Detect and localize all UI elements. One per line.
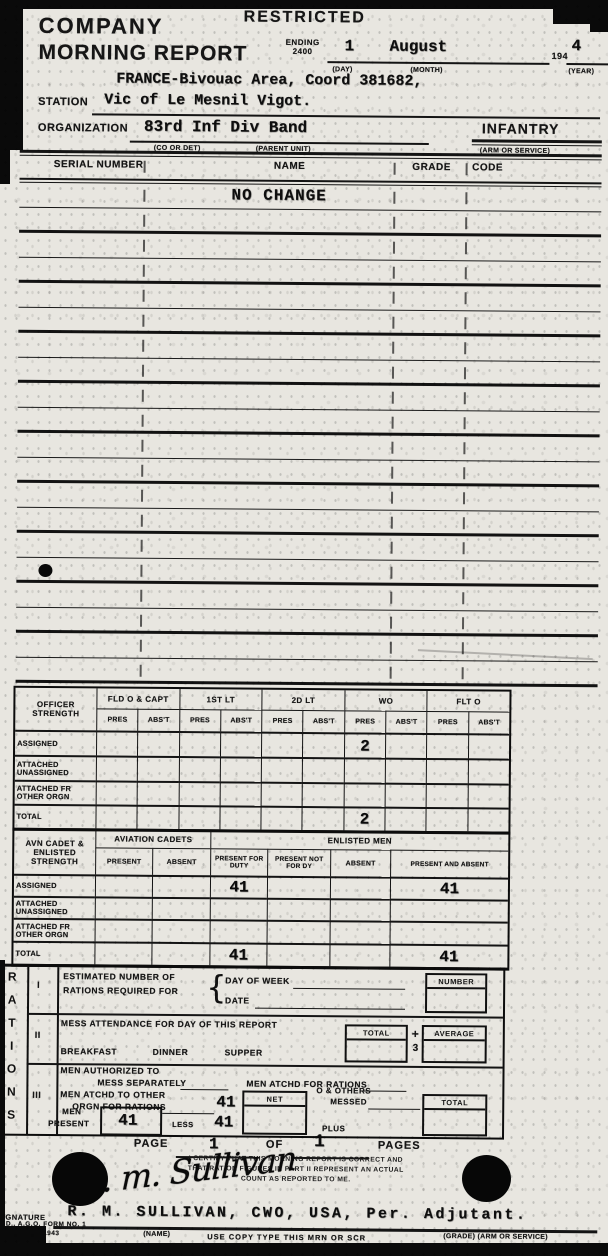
group-1st-lt: 1ST LT — [179, 689, 262, 710]
brace-glyph: { — [206, 968, 227, 1006]
assigned-present-absent-value: 41 — [390, 877, 508, 900]
column-tick — [391, 542, 393, 554]
men-present-line1: MEN — [62, 1108, 81, 1117]
col-header-name: NAME — [200, 161, 380, 173]
organization-label: ORGANIZATION — [38, 123, 128, 135]
roman-numeral-1: I — [37, 981, 40, 990]
sub-abst: ABS'T — [220, 709, 261, 731]
cell — [94, 941, 151, 964]
cell — [385, 733, 426, 758]
sub-abst: ABS'T — [137, 709, 178, 731]
scan-edge-top-right-2 — [590, 24, 608, 32]
net-box-label: NET — [244, 1093, 305, 1107]
ending-word: ENDING — [286, 38, 320, 47]
sub-pres: PRES — [427, 711, 468, 733]
cell — [220, 756, 261, 781]
divider — [56, 967, 59, 1135]
date-day-value: 1 — [345, 38, 355, 54]
average-box: AVERAGE — [422, 1025, 487, 1064]
form-title-line2: MORNING REPORT — [38, 42, 247, 66]
date-label: DATE — [225, 996, 250, 1005]
cell — [137, 781, 178, 805]
column-tick — [464, 317, 466, 329]
officer-strength-table: OFFICERSTRENGTH FLD O & CAPT 1ST LT 2D L… — [12, 686, 511, 835]
ending-label: ENDING 2400 — [285, 38, 319, 56]
column-tick — [393, 267, 395, 279]
ending-time: 2400 — [293, 47, 313, 56]
row-label-total: TOTAL — [14, 804, 95, 829]
column-tick — [464, 392, 466, 404]
bottom-note: USE COPY TYPE THIS MRN OR SCR — [207, 1233, 366, 1242]
assigned-wo-pres-value: 2 — [344, 732, 385, 757]
roster-table: SERIAL NUMBER NAME GRADE CODE NO CHANGE — [16, 150, 602, 688]
column-tick — [465, 292, 467, 304]
group-flt-o: FLT O — [427, 691, 510, 712]
station-label: STATION — [38, 97, 88, 109]
column-tick — [465, 192, 467, 204]
column-tick — [143, 290, 145, 302]
blank-line — [368, 1109, 420, 1110]
cell — [330, 920, 390, 943]
restricted-stamp-top: RESTRICTED — [230, 9, 380, 27]
column-tick — [465, 267, 467, 279]
column-tick — [394, 163, 396, 175]
column-tick — [463, 442, 465, 454]
enlisted-strength-title: AVN CADET & ENLISTED STRENGTH — [14, 830, 95, 875]
cell — [302, 782, 343, 806]
handwritten-signature: R. m. Sullivan — [78, 1138, 297, 1202]
rations-section: RATIONS I II III ESTIMATED NUMBER OF RAT… — [0, 964, 505, 1140]
col-header-serial: SERIAL NUMBER — [44, 160, 154, 171]
row-label-attached-unassigned: ATTACHED UNASSIGNED — [15, 755, 96, 781]
column-tick — [465, 242, 467, 254]
sub-pres: PRES — [261, 710, 302, 732]
less-value: 41 — [214, 1114, 233, 1130]
column-tick — [462, 567, 464, 579]
supper-label: SUPPER — [225, 1048, 263, 1057]
cell — [178, 805, 219, 829]
cell — [219, 781, 260, 805]
column-tick — [393, 292, 395, 304]
sub-abst: ABS'T — [303, 710, 344, 732]
divide-symbol: + — [412, 1028, 420, 1041]
men-present-value: 41 — [118, 1113, 137, 1129]
station-value: Vic of Le Mesnil Vigot. — [104, 92, 311, 109]
year-digit-value: 4 — [572, 38, 582, 54]
cell — [152, 919, 210, 942]
cell — [179, 731, 220, 756]
cell — [426, 783, 467, 807]
cell — [267, 920, 330, 943]
row-label-assigned: ASSIGNED — [15, 730, 96, 756]
column-tick — [392, 367, 394, 379]
total-wo-pres-value: 2 — [343, 806, 384, 830]
cell — [385, 807, 426, 831]
cell — [467, 807, 508, 831]
men-authorized-line2: MESS SEPARATELY — [97, 1078, 186, 1088]
sub-pres: PRES — [96, 708, 137, 730]
column-tick — [466, 163, 468, 175]
column-tick — [141, 465, 143, 477]
year-sublabel: (YEAR) — [568, 68, 594, 76]
divisor: 3 — [413, 1044, 419, 1055]
cell — [330, 898, 390, 920]
enlisted-strength-table: AVN CADET & ENLISTED STRENGTH AVIATION C… — [11, 828, 510, 971]
col-present-for-duty: PRESENT FOR DUTY — [210, 848, 267, 875]
cell — [178, 781, 219, 805]
column-tick — [140, 640, 142, 652]
cell — [330, 876, 390, 898]
arm-service-value: INFANTRY — [482, 121, 560, 136]
dinner-label: DINNER — [153, 1048, 189, 1057]
rations-est-line2: RATIONS REQUIRED FOR — [63, 986, 178, 996]
total-pages: 1 — [314, 1133, 325, 1151]
column-tick — [140, 665, 142, 677]
column-tick — [143, 190, 145, 202]
cell — [343, 782, 384, 806]
cell — [210, 897, 267, 919]
cell — [96, 730, 137, 755]
average-box-label: AVERAGE — [424, 1027, 485, 1041]
column-tick — [143, 265, 145, 277]
name-sublabel: (NAME) — [143, 1231, 170, 1239]
column-tick — [141, 515, 143, 527]
no-change-entry: NO CHANGE — [231, 187, 327, 204]
cell — [266, 943, 329, 966]
men-authorized-line1: MEN AUTHORIZED TO — [60, 1066, 159, 1076]
cell — [220, 731, 261, 756]
scan-edge-top — [0, 0, 608, 9]
rations-side-label: RATIONS — [4, 970, 19, 1134]
column-tick — [144, 161, 146, 173]
pages-label: PAGES — [378, 1141, 421, 1153]
column-tick — [463, 542, 465, 554]
column-tick — [143, 215, 145, 227]
column-tick — [141, 490, 143, 502]
blank-line — [162, 1113, 214, 1114]
cell — [95, 874, 152, 896]
cell — [467, 783, 508, 807]
column-tick — [140, 590, 142, 602]
cell — [385, 758, 426, 783]
column-tick — [390, 567, 392, 579]
group-wo: WO — [344, 690, 427, 711]
form-title-line1: COMPANY — [39, 14, 164, 38]
punch-hole-left — [52, 1152, 108, 1206]
column-tick — [390, 667, 392, 679]
column-tick — [390, 592, 392, 604]
col-present: PRESENT — [95, 847, 152, 874]
cell — [426, 807, 467, 831]
cell — [95, 896, 152, 918]
column-tick — [141, 540, 143, 552]
atchd-other-value: 41 — [216, 1094, 235, 1110]
column-tick — [392, 417, 394, 429]
row-label-attached-fr-other: ATTACHED FR OTHER ORGN — [14, 918, 95, 942]
blank-line — [255, 1008, 405, 1010]
col-header-code: CODE — [460, 163, 516, 174]
rations-total-box-label: TOTAL — [424, 1096, 485, 1110]
column-tick — [462, 617, 464, 629]
column-tick — [463, 517, 465, 529]
mess-attendance-heading: MESS ATTENDANCE FOR DAY OF THIS REPORT — [61, 1019, 277, 1030]
year-prefix: 194 — [551, 52, 568, 62]
day-of-week-label: DAY OF WEEK — [225, 976, 290, 985]
column-tick — [393, 242, 395, 254]
grade-sublabel: (GRADE) (ARM OR SERVICE) — [443, 1233, 548, 1241]
row-label-total: TOTAL — [13, 941, 94, 965]
cell — [467, 758, 508, 783]
morning-report-scan: RESTRICTED COMPANY MORNING REPORT ENDING… — [0, 0, 608, 1256]
sub-pres: PRES — [344, 710, 385, 732]
cell — [95, 804, 136, 828]
col-absent-enlisted: ABSENT — [330, 849, 390, 876]
date-month-value: August — [390, 39, 448, 55]
column-tick — [391, 467, 393, 479]
cell — [137, 731, 178, 756]
cell — [344, 757, 385, 782]
column-tick — [142, 340, 144, 352]
column-tick — [463, 467, 465, 479]
column-tick — [464, 417, 466, 429]
arm-underline-1 — [472, 139, 602, 143]
cell — [137, 756, 178, 781]
column-tick — [142, 315, 144, 327]
column-tick — [464, 367, 466, 379]
scan-edge-left-taper — [0, 148, 10, 184]
cell — [261, 757, 302, 782]
column-tick — [462, 592, 464, 604]
total-present-duty-value: 41 — [209, 942, 266, 965]
column-tick — [464, 342, 466, 354]
cell — [426, 758, 467, 783]
rations-est-line1: ESTIMATED NUMBER OF — [63, 972, 175, 982]
officer-strength-title: OFFICERSTRENGTH — [15, 688, 96, 731]
column-tick — [142, 390, 144, 402]
cell — [302, 732, 344, 757]
o-and-others-line1: O & OTHERS — [316, 1087, 371, 1096]
signature-typed: R. M. SULLIVAN, CWO, USA, Per. Adjutant. — [67, 1204, 527, 1223]
cell — [302, 757, 344, 782]
cell — [219, 805, 260, 829]
column-tick — [392, 342, 394, 354]
cell — [261, 732, 302, 757]
column-tick — [142, 365, 144, 377]
scan-edge-bottom — [0, 1243, 608, 1256]
cell — [390, 899, 508, 922]
o-and-others-line2: MESSED — [330, 1098, 367, 1107]
cell — [261, 782, 302, 806]
column-tick — [390, 617, 392, 629]
roster-blank-rows — [16, 208, 602, 688]
breakfast-label: BREAKFAST — [61, 1047, 118, 1056]
location-typed-line: FRANCE-Bivouac Area, Coord 381682, — [116, 72, 422, 89]
cell — [152, 875, 210, 897]
cell — [267, 898, 330, 920]
cell — [426, 733, 467, 758]
col-present-not-for-duty: PRESENT NOT FOR DY — [267, 849, 330, 876]
column-tick — [142, 415, 144, 427]
column-tick — [462, 667, 464, 679]
net-box: NET — [242, 1091, 307, 1136]
cell — [95, 918, 152, 941]
scan-edge-top-right — [553, 0, 608, 24]
total-present-absent-value: 41 — [389, 944, 507, 968]
sub-abst: ABS'T — [468, 711, 509, 733]
column-tick — [393, 192, 395, 204]
cell — [210, 919, 267, 942]
cell — [267, 876, 330, 898]
sub-abst: ABS'T — [385, 711, 426, 733]
cell — [137, 805, 178, 829]
cell — [178, 756, 219, 781]
organization-value: 83rd Inf Div Band — [144, 119, 307, 136]
cell — [96, 755, 137, 780]
mess-total-box-label: TOTAL — [347, 1026, 406, 1040]
roster-blank-row — [16, 658, 598, 688]
scan-edge-left-top — [0, 0, 23, 150]
column-tick — [140, 615, 142, 627]
punch-hole-right — [462, 1155, 511, 1202]
col-present-and-absent: PRESENT AND ABSENT — [390, 850, 508, 878]
cell — [329, 943, 389, 966]
scan-edge-left-bottom — [0, 960, 5, 1256]
group-fldo-capt: FLD O & CAPT — [96, 688, 179, 709]
column-tick — [465, 217, 467, 229]
divider — [26, 967, 29, 1135]
assigned-present-duty-value: 41 — [210, 875, 267, 897]
column-tick — [392, 317, 394, 329]
roman-numeral-3: III — [32, 1091, 41, 1101]
column-tick — [143, 240, 145, 252]
col-absent: ABSENT — [152, 848, 210, 875]
row-label-attached-fr-other: ATTACHED FR OTHER ORGN — [15, 780, 96, 805]
row-label-assigned: ASSIGNED — [14, 874, 95, 897]
arm-underline-2 — [472, 144, 602, 146]
men-present-line2: PRESENT — [48, 1120, 89, 1129]
column-tick — [393, 217, 395, 229]
col-header-grade: GRADE — [402, 163, 462, 174]
group-2d-lt: 2D LT — [262, 690, 345, 711]
cell — [390, 921, 508, 945]
cell — [152, 897, 210, 919]
cell — [302, 806, 343, 830]
men-atchd-other-line1: MEN ATCHD TO OTHER — [60, 1090, 165, 1100]
column-tick — [390, 642, 392, 654]
column-tick — [140, 565, 142, 577]
column-tick — [392, 392, 394, 404]
form-content: RESTRICTED COMPANY MORNING REPORT ENDING… — [0, 0, 608, 1256]
less-label: LESS — [172, 1121, 194, 1129]
column-tick — [463, 492, 465, 504]
roster-entry-row: NO CHANGE — [19, 183, 601, 212]
plus-label: PLUS — [322, 1125, 345, 1134]
page-label: PAGE — [134, 1139, 168, 1151]
number-box-label: NUMBER — [427, 975, 485, 989]
blank-line — [293, 988, 405, 990]
cell — [468, 733, 509, 758]
date-underline — [327, 61, 549, 65]
group-aviation-cadets: AVIATION CADETS — [95, 830, 210, 848]
column-tick — [141, 440, 143, 452]
cell — [385, 783, 426, 807]
roman-numeral-2: II — [35, 1031, 41, 1040]
row-label-attached-unassigned: ATTACHED UNASSIGNED — [14, 896, 95, 919]
cell — [151, 942, 209, 965]
column-tick — [391, 492, 393, 504]
blank-line — [180, 1089, 228, 1090]
column-tick — [391, 517, 393, 529]
rations-total-box: TOTAL — [422, 1094, 487, 1137]
mess-total-box: TOTAL — [345, 1024, 408, 1062]
cell — [96, 780, 137, 804]
column-tick — [391, 442, 393, 454]
year-underline — [566, 63, 608, 65]
sub-pres: PRES — [179, 709, 220, 731]
cell — [261, 806, 302, 830]
number-box: NUMBER — [425, 973, 487, 1013]
roster-header-row: SERIAL NUMBER NAME GRADE CODE — [20, 156, 602, 183]
ink-blot — [38, 564, 52, 577]
